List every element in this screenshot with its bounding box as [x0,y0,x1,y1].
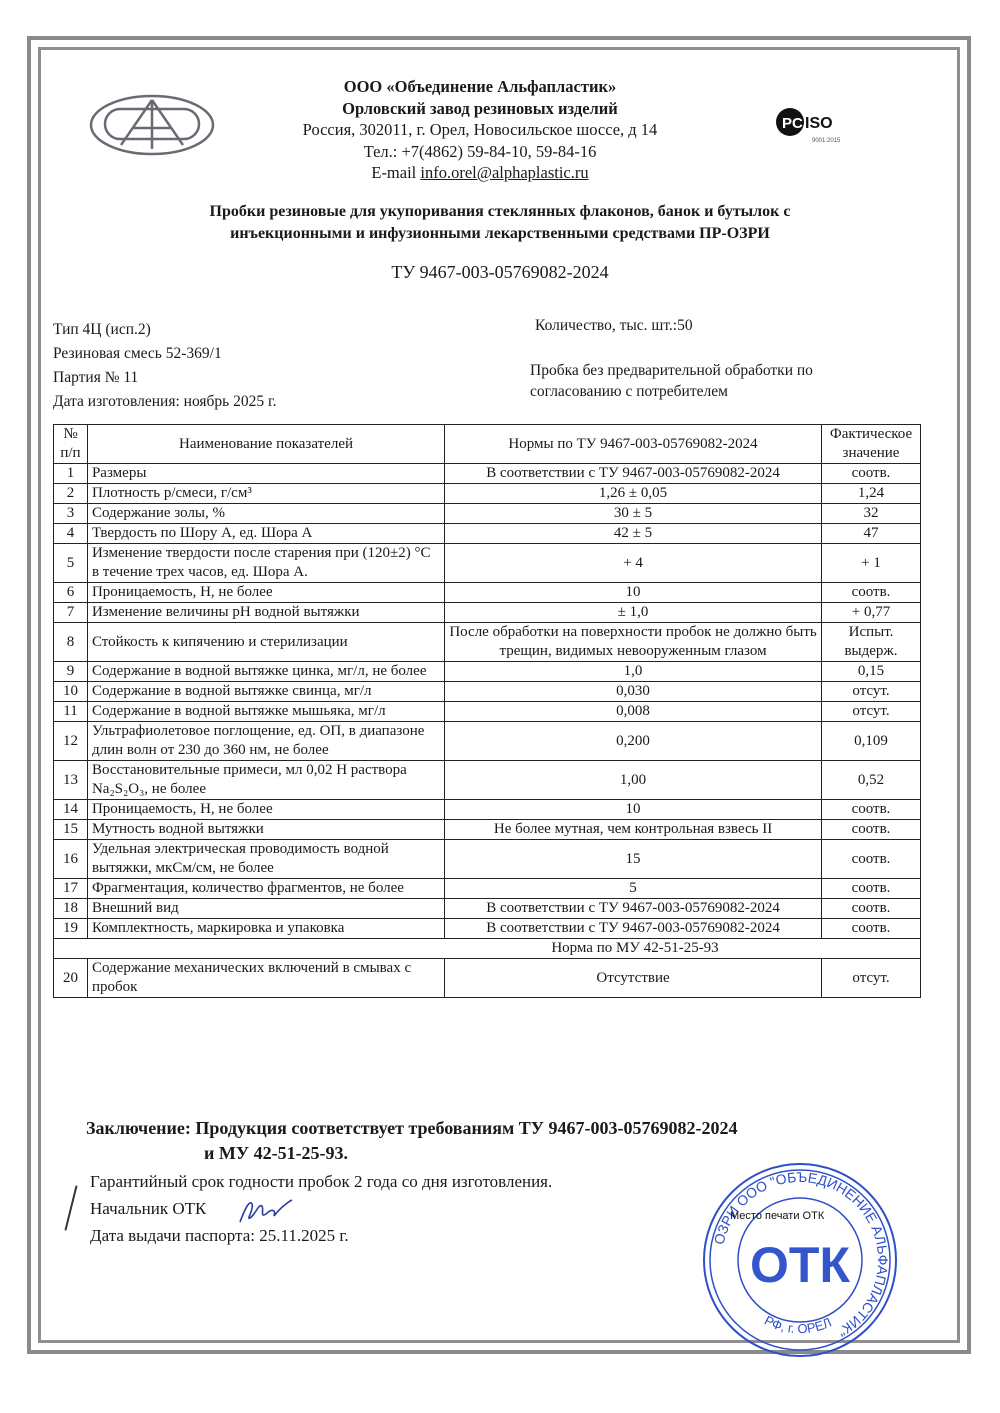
table-row: 10Содержание в водной вытяжке свинца, мг… [54,682,921,702]
svg-text:PC: PC [782,115,803,132]
row-parameter: Проницаемость, Н, не более [87,583,444,603]
row-number: 3 [54,504,88,524]
processing-note: Пробка без предварительной обработки по … [530,360,890,402]
table-row: 7Изменение величины рН водной вытяжки± 1… [54,603,921,623]
row-number: 14 [54,800,88,820]
otk-head: Начальник ОТК [90,1195,552,1222]
row-number: 18 [54,899,88,919]
row-actual-value: соотв. [822,840,921,879]
product-type: Тип 4Ц (исп.2) [53,318,276,342]
rubber-compound: Резиновая смесь 52-369/1 [53,342,276,366]
row-actual-value: отсут. [822,959,921,998]
row-norm: 1,00 [445,761,822,800]
otk-stamp-icon: ОЗРИ ООО "ОБЪЕДИНЕНИЕ АЛЬФАПЛАСТИК" РФ, … [700,1160,900,1360]
title-line-2: инъекционными и инфузионными лекарственн… [60,223,940,245]
row-norm: В соответствии с ТУ 9467-003-05769082-20… [445,919,822,939]
company-email-line: E-mail info.orel@alphaplastic.ru [230,162,730,184]
row-parameter: Содержание золы, % [87,504,444,524]
row-number: 19 [54,919,88,939]
row-actual-value: Испыт. выдерж. [822,623,921,662]
header-num-line2: п/п [58,444,83,463]
company-phone: Тел.: +7(4862) 59-84-10, 59-84-16 [230,141,730,163]
company-address: Россия, 302011, г. Орел, Новосильское шо… [230,119,730,141]
table-row: 12Ультрафиолетовое поглощение, ед. ОП, в… [54,722,921,761]
row-actual-value: 0,15 [822,662,921,682]
table-row: 4Твердость по Шору А, ед. Шора А42 ± 547 [54,524,921,544]
row-norm: 15 [445,840,822,879]
table-row: 14Проницаемость, Н, не более10соотв. [54,800,921,820]
row-actual-value: соотв. [822,919,921,939]
warranty-text: Гарантийный срок годности пробок 2 года … [90,1168,552,1195]
row-norm: 10 [445,800,822,820]
row-actual-value: соотв. [822,464,921,484]
row-actual-value: 0,52 [822,761,921,800]
table-row: 8Стойкость к кипячению и стерилизацииПос… [54,623,921,662]
header-name: Наименование показателей [87,425,444,464]
row-number: 7 [54,603,88,623]
email-link[interactable]: info.orel@alphaplastic.ru [420,163,588,182]
svg-text:РФ, г. ОРЕЛ: РФ, г. ОРЕЛ [762,1313,834,1337]
svg-text:9001:2015: 9001:2015 [812,138,841,144]
row-actual-value: соотв. [822,820,921,840]
table-row: 3Содержание золы, %30 ± 532 [54,504,921,524]
row-actual-value: соотв. [822,899,921,919]
row-parameter: Размеры [87,464,444,484]
table-row: 2Плотность р/смеси, г/см³1,26 ± 0,051,24 [54,484,921,504]
row-number: 17 [54,879,88,899]
row-parameter: Фрагментация, количество фрагментов, не … [87,879,444,899]
spec-number: ТУ 9467-003-05769082-2024 [60,262,940,283]
row-norm: В соответствии с ТУ 9467-003-05769082-20… [445,899,822,919]
row-number: 11 [54,702,88,722]
row-parameter: Изменение величины рН водной вытяжки [87,603,444,623]
row-norm: Отсутствие [445,959,822,998]
batch-number: Партия № 11 [53,366,276,390]
row-norm: 5 [445,879,822,899]
row-actual-value: соотв. [822,879,921,899]
conclusion-line-1: Заключение: Продукция соответствует треб… [86,1116,737,1141]
table-row: 9Содержание в водной вытяжке цинка, мг/л… [54,662,921,682]
note-line-2: согласованию с потребителем [530,381,890,402]
row-parameter: Ультрафиолетовое поглощение, ед. ОП, в д… [87,722,444,761]
row-norm: 0,030 [445,682,822,702]
row-parameter: Проницаемость, Н, не более [87,800,444,820]
row-norm: 1,26 ± 0,05 [445,484,822,504]
table-row: 19Комплектность, маркировка и упаковкаВ … [54,919,921,939]
row-norm: После обработки на поверхности пробок не… [445,623,822,662]
footer: Гарантийный срок годности пробок 2 года … [90,1168,552,1249]
table-row: 11Содержание в водной вытяжке мышьяка, м… [54,702,921,722]
row-number: 4 [54,524,88,544]
conclusion: Заключение: Продукция соответствует треб… [86,1116,737,1166]
row-parameter: Мутность водной вытяжки [87,820,444,840]
table-row: 1РазмерыВ соответствии с ТУ 9467-003-057… [54,464,921,484]
row-actual-value: соотв. [822,800,921,820]
row-actual-value: соотв. [822,583,921,603]
row-parameter: Твердость по Шору А, ед. Шора А [87,524,444,544]
quantity: Количество, тыс. шт.:50 [535,317,693,335]
header-num-line1: № [58,425,83,444]
row-number: 20 [54,959,88,998]
row-actual-value: 0,109 [822,722,921,761]
table-row: 18Внешний видВ соответствии с ТУ 9467-00… [54,899,921,919]
table-row: 17Фрагментация, количество фрагментов, н… [54,879,921,899]
certification-logos-icon: PC ISO 9001:2015 [772,100,852,150]
row-number: 5 [54,544,88,583]
svg-text:ISO: ISO [805,115,833,132]
row-norm: ± 1,0 [445,603,822,623]
table-row: 6Проницаемость, Н, не более10соотв. [54,583,921,603]
row-actual-value: + 0,77 [822,603,921,623]
row-norm: + 4 [445,544,822,583]
row-norm: Не более мутная, чем контрольная взвесь … [445,820,822,840]
plant-name: Орловский завод резиновых изделий [230,98,730,120]
row-actual-value: 47 [822,524,921,544]
row-norm: 42 ± 5 [445,524,822,544]
row-norm: 0,200 [445,722,822,761]
row-number: 2 [54,484,88,504]
row-number: 15 [54,820,88,840]
product-meta: Тип 4Ц (исп.2) Резиновая смесь 52-369/1 … [53,318,276,414]
row-norm: 10 [445,583,822,603]
table-row: 5Изменение твердости после старения при … [54,544,921,583]
header-norm: Нормы по ТУ 9467-003-05769082-2024 [445,425,822,464]
row-actual-value: отсут. [822,682,921,702]
row-actual-value: отсут. [822,702,921,722]
table-row: 15Мутность водной вытяжкиНе более мутная… [54,820,921,840]
document-title: Пробки резиновые для укупоривания стекля… [60,201,940,245]
table-row: 16Удельная электрическая проводимость во… [54,840,921,879]
row-number: 10 [54,682,88,702]
row-norm: 30 ± 5 [445,504,822,524]
table-row: 13Восстановительные примеси, мл 0,02 Н р… [54,761,921,800]
manufacture-date: Дата изготовления: ноябрь 2025 г. [53,390,276,414]
title-line-1: Пробки резиновые для укупоривания стекля… [60,201,940,223]
section-row: Норма по МУ 42-51-25-93 [54,939,921,959]
company-logo-icon [88,93,216,157]
row-parameter: Внешний вид [87,899,444,919]
row-parameter: Содержание в водной вытяжке мышьяка, мг/… [87,702,444,722]
section-label: Норма по МУ 42-51-25-93 [54,939,921,959]
row-number: 16 [54,840,88,879]
row-actual-value: + 1 [822,544,921,583]
row-norm: 0,008 [445,702,822,722]
row-actual-value: 1,24 [822,484,921,504]
row-parameter: Изменение твердости после старения при (… [87,544,444,583]
row-parameter: Содержание механических включений в смыв… [87,959,444,998]
row-parameter: Содержание в водной вытяжке свинца, мг/л [87,682,444,702]
svg-text:ОТК: ОТК [750,1237,850,1293]
row-number: 6 [54,583,88,603]
stamp-label: Место печати ОТК [730,1210,824,1222]
header-fact: Фактическое значение [822,425,921,464]
row-number: 13 [54,761,88,800]
conclusion-line-2: и МУ 42-51-25-93. [86,1141,737,1166]
header-num: № п/п [54,425,88,464]
company-header: ООО «Объединение Альфапластик» Орловский… [230,76,730,184]
specification-table: № п/п Наименование показателей Нормы по … [53,424,921,998]
row-number: 1 [54,464,88,484]
row-norm: 1,0 [445,662,822,682]
header-fact-line1: Фактическое [826,425,916,444]
table-row: 20Содержание механических включений в см… [54,959,921,998]
company-name: ООО «Объединение Альфапластик» [230,76,730,98]
table-header-row: № п/п Наименование показателей Нормы по … [54,425,921,464]
signature-icon [236,1196,296,1226]
note-line-1: Пробка без предварительной обработки по [530,360,890,381]
row-norm: В соответствии с ТУ 9467-003-05769082-20… [445,464,822,484]
row-parameter: Содержание в водной вытяжке цинка, мг/л,… [87,662,444,682]
row-number: 8 [54,623,88,662]
email-label: E-mail [371,163,420,182]
row-parameter: Удельная электрическая проводимость водн… [87,840,444,879]
issue-date: Дата выдачи паспорта: 25.11.2025 г. [90,1222,552,1249]
row-parameter: Восстановительные примеси, мл 0,02 Н рас… [87,761,444,800]
row-actual-value: 32 [822,504,921,524]
row-parameter: Плотность р/смеси, г/см³ [87,484,444,504]
row-parameter: Стойкость к кипячению и стерилизации [87,623,444,662]
row-parameter: Комплектность, маркировка и упаковка [87,919,444,939]
header-fact-line2: значение [826,444,916,463]
row-number: 9 [54,662,88,682]
row-number: 12 [54,722,88,761]
